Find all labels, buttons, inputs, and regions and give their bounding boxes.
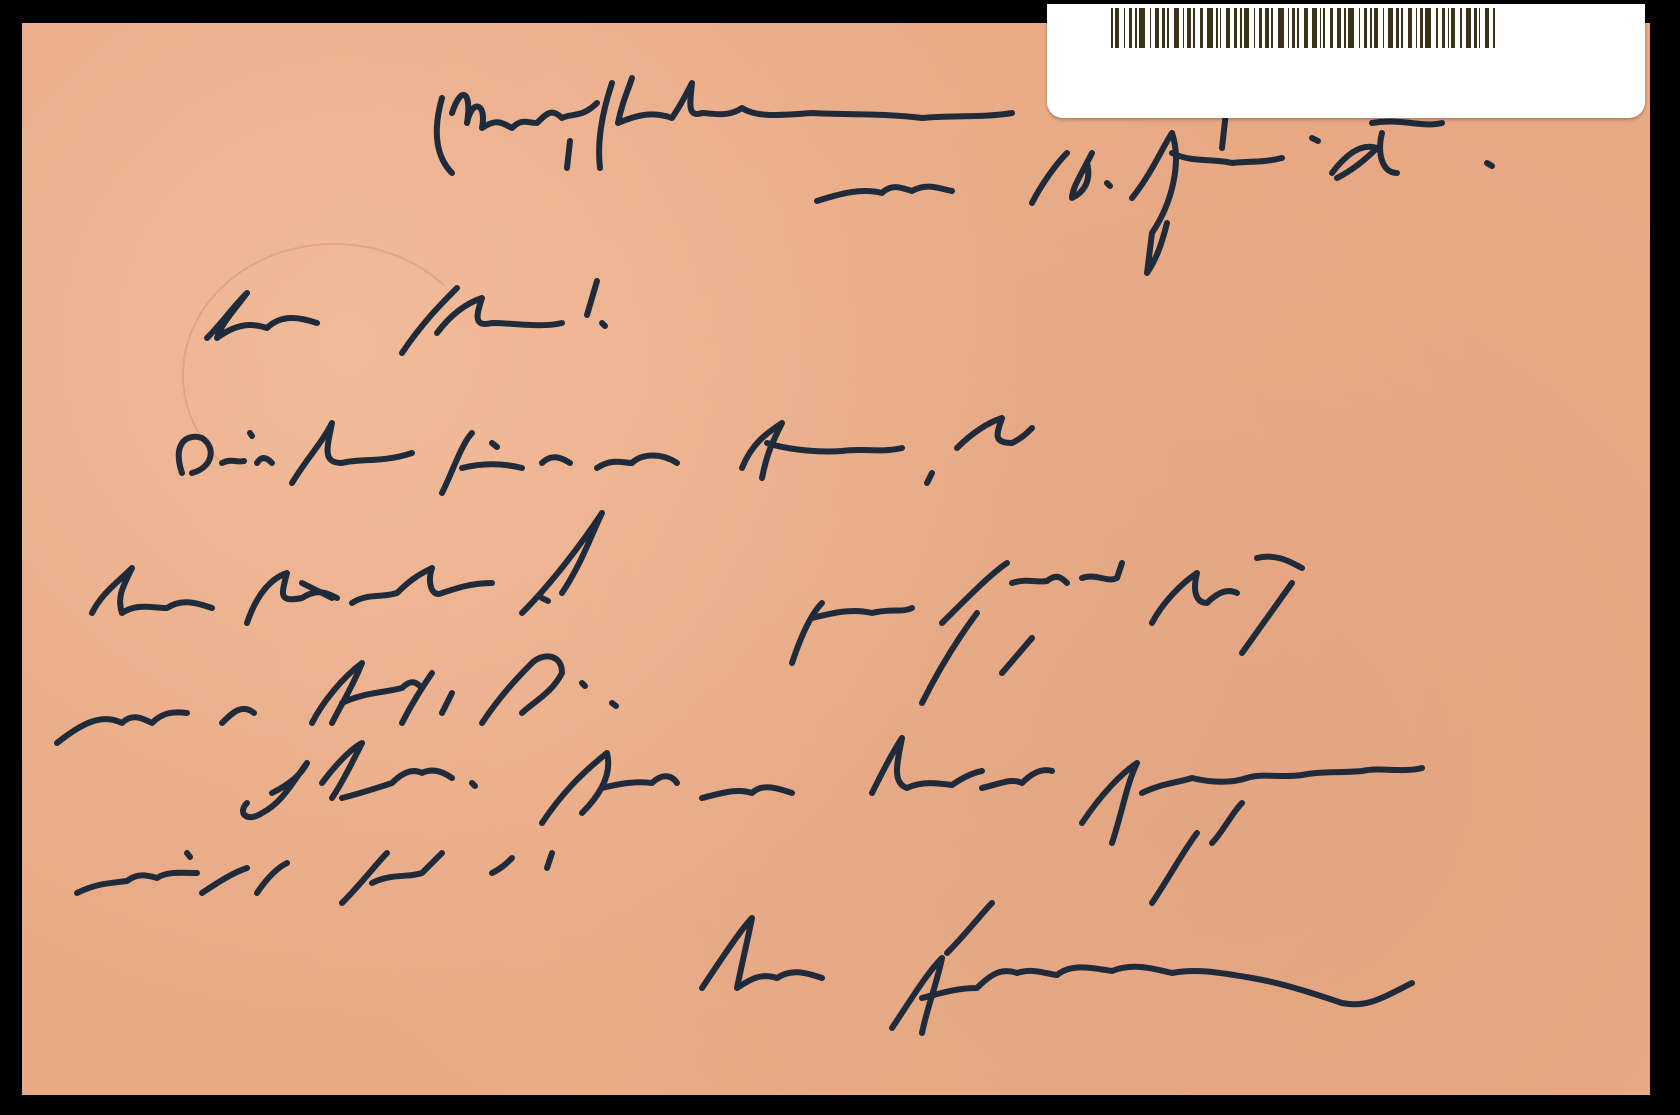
barcode-bar: [1271, 8, 1273, 48]
body-line-2-strokes: [92, 513, 1302, 703]
barcode-bar: [1187, 8, 1191, 48]
barcode-bar: [1183, 8, 1184, 48]
body-line-1-strokes: [179, 418, 1032, 493]
barcode-bar: [1288, 8, 1289, 48]
barcode-bar: [1162, 8, 1165, 48]
barcode-bar: [1408, 8, 1412, 48]
barcode-bar: [1460, 8, 1462, 48]
barcode-bar: [1155, 8, 1159, 48]
barcode-bar: [1244, 8, 1249, 48]
barcode-bar: [1200, 8, 1203, 48]
barcode-bar: [1485, 8, 1489, 48]
barcode-bar: [1174, 8, 1179, 48]
barcode-bar: [1129, 8, 1132, 48]
barcode-bar: [1254, 8, 1255, 48]
barcode-bar: [1292, 8, 1295, 48]
barcode-bar: [1442, 8, 1445, 48]
barcode-bar: [1111, 8, 1113, 48]
barcode-bar: [1220, 8, 1221, 48]
barcode-bar: [1370, 8, 1372, 48]
salutation-strokes: [207, 281, 605, 353]
barcode-bar: [1420, 8, 1423, 48]
barcode-bar: [1226, 8, 1230, 48]
barcode-bar: [1451, 8, 1455, 48]
body-line-3-strokes: [57, 656, 616, 743]
barcode-bar: [1374, 8, 1378, 48]
barcode-bar: [1416, 8, 1417, 48]
header-line-2-strokes: [817, 122, 1492, 273]
barcode-bar: [1193, 8, 1195, 48]
barcode-bar: [1401, 8, 1403, 48]
barcode-bar: [1359, 8, 1360, 48]
barcode-bar: [1259, 8, 1262, 48]
barcode-bar: [1364, 8, 1367, 48]
barcode-bar: [1304, 8, 1308, 48]
closing-strokes: [702, 903, 1412, 1033]
barcode-bar: [1320, 8, 1321, 48]
barcode-bar: [1265, 8, 1269, 48]
barcode-bar: [1425, 8, 1431, 48]
body-line-4-strokes: [243, 738, 1422, 903]
barcode-label: [1047, 4, 1645, 118]
barcode-bar: [1216, 8, 1218, 48]
barcode-bar: [1436, 8, 1438, 48]
handwriting: [22, 23, 1650, 1095]
barcode-bar: [1493, 8, 1495, 48]
barcode-bar: [1448, 8, 1449, 48]
barcode-bar: [1139, 8, 1145, 48]
barcode-bar: [1323, 8, 1325, 48]
barcode-bar: [1297, 8, 1299, 48]
barcode-bar: [1344, 8, 1346, 48]
barcode-bar: [1466, 8, 1471, 48]
barcode-bar: [1388, 8, 1393, 48]
barcode-bar: [1150, 8, 1151, 48]
barcode-bar: [1383, 8, 1384, 48]
barcode-bar: [1124, 8, 1125, 48]
barcode-bar: [1240, 8, 1242, 48]
barcode-bar: [1167, 8, 1169, 48]
barcode-bar: [1115, 8, 1119, 48]
barcode-bar: [1312, 8, 1317, 48]
body-line-5-strokes: [77, 853, 512, 903]
barcode-bar: [1207, 8, 1213, 48]
barcode-bar: [1278, 8, 1284, 48]
barcode-bar: [1330, 8, 1333, 48]
barcode-bar: [1234, 8, 1237, 48]
postcard: München, Verkehrsausstellung, den 18. Ju…: [22, 23, 1650, 1095]
barcode-bar: [1337, 8, 1341, 48]
barcode-bar: [1479, 8, 1480, 48]
barcode-bar: [1135, 8, 1137, 48]
barcode-bar: [1474, 8, 1477, 48]
barcode-icon: [1111, 8, 1611, 48]
barcode-bar: [1348, 8, 1354, 48]
barcode-bar: [1396, 8, 1399, 48]
